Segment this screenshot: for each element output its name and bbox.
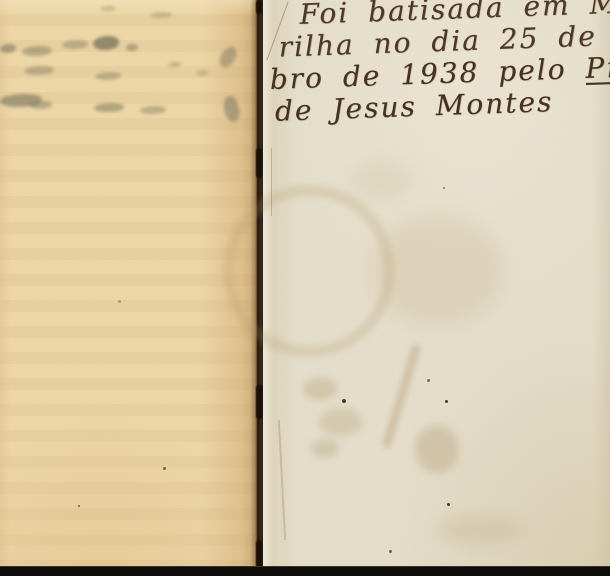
ink-speck [342, 399, 346, 403]
paper-grain-texture [0, 0, 257, 567]
left-page [0, 0, 257, 567]
stain-blotch [319, 408, 363, 436]
handwriting-note: Foi batisada em Maca rilha no dia 25 de … [267, 0, 610, 128]
seam-knot [256, 0, 262, 14]
bottom-scan-bar [0, 566, 610, 576]
paper-crease [271, 148, 272, 216]
ink-speck [443, 187, 445, 189]
ink-speck [427, 379, 430, 382]
handwriting-underlined-name: Prior Ja [585, 47, 610, 85]
paper-speck [78, 505, 80, 507]
stain-blotch [311, 440, 339, 457]
seam-knot [256, 540, 262, 567]
faint-stain [373, 215, 503, 325]
seam-knot [256, 385, 263, 419]
ring-stain [223, 185, 395, 357]
ink-speck [389, 550, 392, 553]
ink-speck [445, 400, 448, 403]
faint-stain [353, 160, 413, 200]
stain-blotch [438, 515, 523, 545]
book-scan: Foi batisada em Maca rilha no dia 25 de … [0, 0, 610, 576]
paper-speck [163, 467, 166, 470]
stain-blotch [415, 425, 459, 473]
stain-blotch [303, 378, 337, 400]
seam-knot [256, 148, 262, 178]
right-page: Foi batisada em Maca rilha no dia 25 de … [263, 0, 610, 567]
paper-speck [118, 300, 121, 303]
ink-speck [447, 503, 450, 506]
